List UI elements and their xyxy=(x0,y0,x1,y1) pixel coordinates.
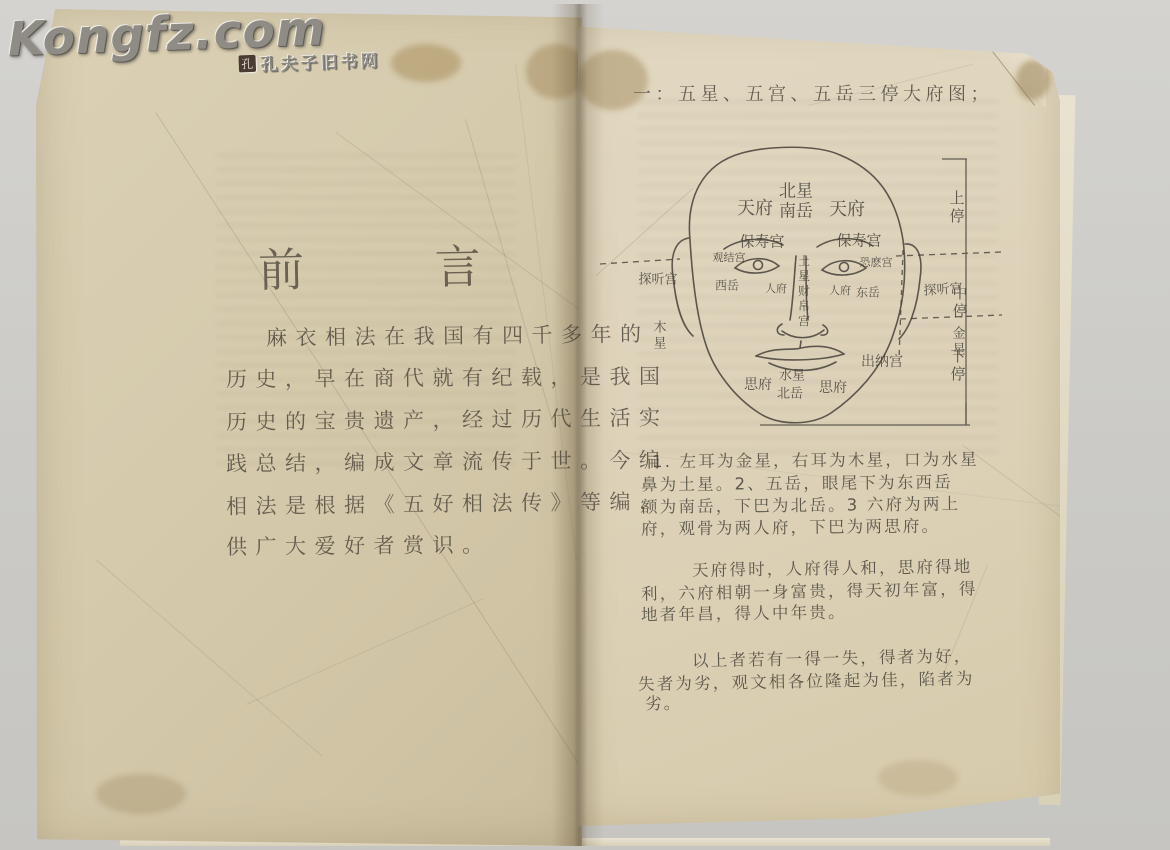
label-renfu-right: 人府 xyxy=(829,282,851,298)
label-chuna-gong: 出纳宫 xyxy=(861,351,903,371)
label-baoshou-right: 保寿宫 xyxy=(836,230,881,251)
preface-line: 麻衣相法在我国有四千多年的 xyxy=(266,318,650,352)
face-diagram: 天府 北星 南岳 天府 保寿宫 保寿宫 观结宫 恐麽宫 西岳 人府 土星财帛宫 … xyxy=(600,140,1020,440)
body-line: 地者年昌，得人中年贵。 xyxy=(641,599,847,626)
right-pupil xyxy=(840,263,849,272)
label-sifu-right: 思府 xyxy=(819,377,847,397)
dash-brow-left xyxy=(600,259,680,264)
label-stop-top: 上停 xyxy=(947,190,968,226)
label-renfu-left: 人府 xyxy=(765,280,787,296)
label-nose-xing-gong: 土星财帛宫 xyxy=(796,255,813,330)
label-tanting-left: 探听宫 xyxy=(638,269,677,288)
scanned-book-photo: { "watermark": { "brand": "Kongfz.com", … xyxy=(0,0,1170,850)
left-nostril xyxy=(777,324,784,335)
body-line: 府，观骨为两人府，下巴为两思府。 xyxy=(641,512,940,539)
preface-line: 践总结，编成文章流传于世。今编 xyxy=(226,444,669,478)
philtrum xyxy=(800,341,801,348)
label-muxing: 木星 xyxy=(649,320,668,352)
label-yue-top: 南岳 xyxy=(779,197,813,222)
label-baoshou-left: 保寿宫 xyxy=(739,231,784,252)
dash-brow-right xyxy=(896,252,1002,256)
label-tianfu-left: 天府 xyxy=(737,194,773,220)
lip-line xyxy=(756,354,844,360)
section-heading: 一：五星、五宫、五岳三停大府图； xyxy=(633,80,993,106)
watermark-subtitle: 孔夫子旧书网 xyxy=(260,47,381,76)
kongfz-logo-icon: 孔 xyxy=(238,55,256,73)
body-line: 劣。 xyxy=(645,690,683,715)
nose-base xyxy=(782,330,824,338)
upper-lip xyxy=(756,346,844,356)
label-stop-mid: 中停 xyxy=(950,285,971,321)
label-guanjie-gong: 观结宫 xyxy=(713,249,746,265)
watermark: Kongfz.com 孔 孔夫子旧书网 xyxy=(7,0,381,84)
preface-line: 相法是根据《五好相法传》等编， xyxy=(226,485,669,520)
label-tianfu-right: 天府 xyxy=(829,195,865,221)
label-kongmo-gong: 恐麽宫 xyxy=(860,254,893,270)
label-dongyue: 东岳 xyxy=(856,284,880,301)
label-beiyue: 北岳 xyxy=(777,383,803,402)
preface-line: 供广大爱好者赏识。 xyxy=(226,529,492,561)
right-ear xyxy=(899,244,921,339)
label-xiyue: 西岳 xyxy=(715,277,739,294)
label-sifu-left: 思府 xyxy=(744,374,772,394)
preface-title: 前 言 xyxy=(257,230,539,301)
label-stop-bottom: 下停 xyxy=(948,348,969,384)
left-pupil xyxy=(754,261,763,270)
label-shuixing: 水星 xyxy=(779,365,805,384)
